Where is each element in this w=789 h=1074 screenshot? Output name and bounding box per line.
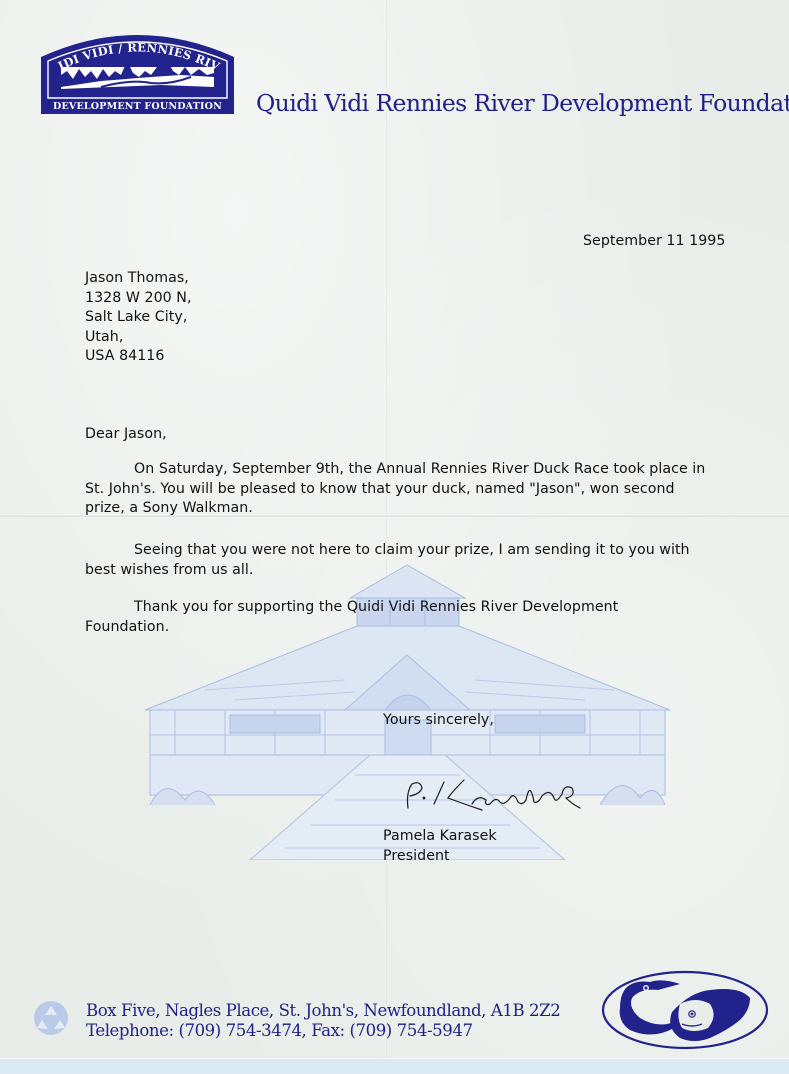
footer-contact: Box Five, Nagles Place, St. John's, Newf… bbox=[86, 1001, 560, 1041]
recipient-name: Jason Thomas, bbox=[85, 269, 192, 289]
signer-name: Pamela Karasek bbox=[383, 827, 497, 847]
footer-address: Box Five, Nagles Place, St. John's, Newf… bbox=[86, 1001, 560, 1021]
svg-text:DEVELOPMENT FOUNDATION: DEVELOPMENT FOUNDATION bbox=[53, 101, 222, 112]
recipient-address: Jason Thomas, 1328 W 200 N, Salt Lake Ci… bbox=[85, 269, 192, 367]
paragraph-duck-race: On Saturday, September 9th, the Annual R… bbox=[85, 460, 740, 519]
signer-block: Pamela Karasek President bbox=[383, 827, 497, 866]
recipient-country-zip: USA 84116 bbox=[85, 347, 192, 367]
salutation: Dear Jason, bbox=[85, 425, 167, 445]
paragraph-line: On Saturday, September 9th, the Annual R… bbox=[85, 460, 740, 480]
paragraph-line: St. John's. You will be pleased to know … bbox=[85, 480, 740, 500]
paragraph-line: prize, a Sony Walkman. bbox=[85, 499, 740, 519]
letter-date: September 11 1995 bbox=[583, 232, 725, 252]
paragraph-line: Thank you for supporting the Quidi Vidi … bbox=[85, 598, 740, 618]
river-trees-logo-icon: QUIDI VIDI / RENNIES RIVER DEVELOPMENT F… bbox=[41, 27, 234, 114]
duck-and-fish-emblem-icon bbox=[600, 968, 770, 1053]
recipient-street: 1328 W 200 N, bbox=[85, 289, 192, 309]
paragraph-thanks: Thank you for supporting the Quidi Vidi … bbox=[85, 598, 740, 637]
recipient-city: Salt Lake City, bbox=[85, 308, 192, 328]
scan-bottom-edge bbox=[0, 1058, 789, 1074]
paper-fold-vertical bbox=[385, 0, 387, 1058]
recipient-state: Utah, bbox=[85, 328, 192, 348]
letter-paper bbox=[0, 0, 789, 1058]
signer-title: President bbox=[383, 847, 497, 867]
closing: Yours sincerely, bbox=[383, 711, 494, 731]
recycle-icon bbox=[33, 1000, 69, 1036]
organization-name: Quidi Vidi Rennies River Development Fou… bbox=[256, 89, 789, 117]
paragraph-prize-shipping: Seeing that you were not here to claim y… bbox=[85, 541, 740, 580]
paragraph-line: Seeing that you were not here to claim y… bbox=[85, 541, 740, 561]
footer-phone-fax: Telephone: (709) 754-3474, Fax: (709) 75… bbox=[86, 1021, 560, 1041]
paragraph-line: best wishes from us all. bbox=[85, 561, 740, 581]
paragraph-line: Foundation. bbox=[85, 618, 740, 638]
handwritten-signature-icon bbox=[402, 774, 582, 814]
